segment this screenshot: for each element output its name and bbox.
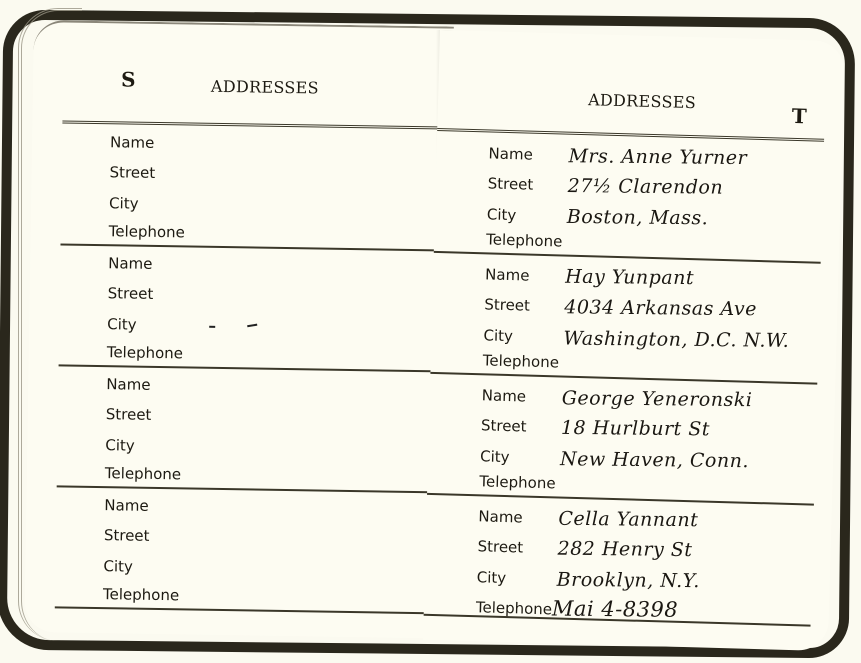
address-entry: Name Street City Telephone <box>57 366 449 493</box>
entry-list: Name Street City Telephone Name Street C… <box>55 124 453 614</box>
city-label: City <box>480 447 560 467</box>
city-label: City <box>487 205 567 225</box>
street-row: Street <box>58 404 448 438</box>
city-value: Boston, Mass. <box>567 206 709 229</box>
address-entry: NameHay Yunpant Street4034 Arkansas Ave … <box>430 253 820 385</box>
name-value: Cella Yannant <box>558 508 698 531</box>
entry-list: NameMrs. Anne Yurner Street27½ Clarendon… <box>424 132 824 627</box>
telephone-label: Telephone <box>476 598 556 618</box>
address-entry: Name Street City Telephone <box>60 124 452 251</box>
left-page-header: S ADDRESSES <box>62 60 453 129</box>
name-row: Name <box>60 253 450 287</box>
address-entry: NameMrs. Anne Yurner Street27½ Clarendon… <box>434 132 824 264</box>
name-row: Name <box>58 374 448 408</box>
street-row: Street <box>61 162 451 196</box>
telephone-value: Mai 4-8398 <box>552 596 679 621</box>
name-row: Name <box>56 495 446 529</box>
telephone-label: Telephone <box>479 472 559 492</box>
telephone-label: Telephone <box>107 343 202 362</box>
city-label: City <box>105 436 200 455</box>
street-value: 282 Henry St <box>557 538 692 561</box>
telephone-label: Telephone <box>103 585 198 604</box>
city-label: City <box>483 326 563 346</box>
street-label: Street <box>484 295 564 315</box>
city-value: Washington, D.C. N.W. <box>563 328 789 352</box>
page-title: ADDRESSES <box>211 77 319 98</box>
name-label: Name <box>108 254 203 273</box>
name-value: George Yeneronski <box>562 387 753 411</box>
page-title: ADDRESSES <box>588 90 696 112</box>
city-label: City <box>103 557 198 576</box>
street-label: Street <box>104 526 199 545</box>
street-value: 27½ Clarendon <box>568 175 724 199</box>
street-label: Street <box>481 416 561 436</box>
name-row: Name <box>62 132 452 166</box>
name-value: Hay Yunpant <box>565 266 694 289</box>
city-value: Brooklyn, N.Y. <box>557 569 700 592</box>
street-value: 18 Hurlburt St <box>561 417 710 441</box>
name-label: Name <box>106 375 201 394</box>
street-label: Street <box>477 537 557 557</box>
address-entry: NameCella Yannant Street282 Henry St Cit… <box>424 495 814 627</box>
telephone-label: Telephone <box>105 464 200 483</box>
address-entry: NameGeorge Yeneronski Street18 Hurlburt … <box>427 374 817 506</box>
ink-mark <box>209 326 215 328</box>
address-entry: Name Street City Telephone <box>59 245 451 372</box>
left-page: S ADDRESSES Name Street City Telephone N… <box>24 20 454 639</box>
name-label: Name <box>485 265 565 285</box>
name-value: Mrs. Anne Yurner <box>568 145 747 169</box>
telephone-label: Telephone <box>483 351 563 371</box>
name-label: Name <box>488 144 568 164</box>
street-label: Street <box>106 405 201 424</box>
name-label: Name <box>104 496 199 515</box>
right-page-header: ADDRESSES T <box>437 68 826 142</box>
street-value: 4034 Arkansas Ave <box>564 296 757 320</box>
telephone-label: Telephone <box>109 222 204 241</box>
name-label: Name <box>110 133 205 152</box>
telephone-label: Telephone <box>486 230 566 250</box>
address-entry: Name Street City Telephone <box>55 487 447 614</box>
street-label: Street <box>108 284 203 303</box>
right-page: ADDRESSES T NameMrs. Anne Yurner Street2… <box>423 30 845 651</box>
city-label: City <box>107 315 202 334</box>
city-label: City <box>476 568 556 588</box>
telephone-row: Telephone <box>55 584 445 618</box>
index-letter: S <box>121 67 136 91</box>
name-label: Name <box>482 386 562 406</box>
city-value: New Haven, Conn. <box>560 448 749 472</box>
index-letter: T <box>792 104 808 128</box>
street-row: Street <box>59 283 449 317</box>
street-row: Street <box>56 525 446 559</box>
street-label: Street <box>487 174 567 194</box>
street-label: Street <box>109 163 204 182</box>
city-label: City <box>109 194 204 213</box>
name-label: Name <box>478 507 558 527</box>
